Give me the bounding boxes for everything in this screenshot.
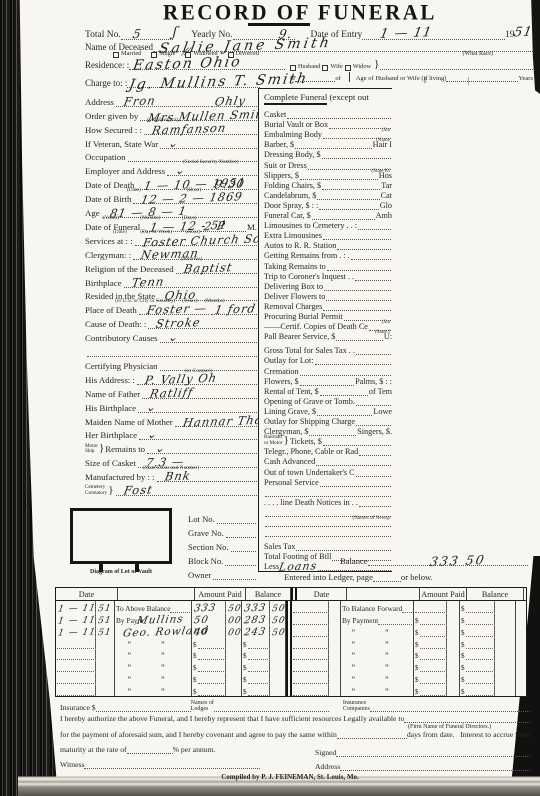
ledger-cell: 51 [95,601,115,613]
ledger-header-cell: Balance [246,588,291,600]
ledger-cell [494,613,516,625]
charges-item-tail: U: [384,332,392,341]
field-label: Employer and Address [85,166,165,176]
ledger-cell: ” ” [115,684,192,696]
ledger-cell [328,637,341,649]
charges-item: Gross Total for Sales Tax . . [264,345,392,355]
ledger-cell: 243 [242,625,270,637]
dot-leader [466,677,494,684]
residence-label: Residence: : [85,60,129,70]
dot-leader [315,357,391,365]
charges-item-label: Dressing Body, $ [264,150,321,159]
balance-label: Balance [340,556,368,566]
ledger-cell [292,637,329,649]
charges-item-label: Extra Limousines [264,231,322,240]
field-line: Stroke [148,318,257,329]
field-label: Manufactured by : : [85,472,155,482]
ledger-cell: $ [242,684,270,696]
grave-field-row: Block No. [188,552,256,566]
charges-item: (Names of Newsp [264,507,392,517]
charges-item-label: Removal Charges [264,302,322,311]
field-line: Fost [116,485,257,496]
ledger-cell [494,672,516,684]
spouse-row: HusbandWifeWidow } [290,58,533,70]
dot-leader [198,642,225,649]
column-tick-2: | [468,76,470,85]
dot-leader [355,273,391,281]
ledger-handwritten: 50 [271,604,286,615]
dot-leader [358,222,391,230]
charges-item-label: Barber, $ [264,140,294,149]
charges-item-label: Deliver Flowers to [264,292,325,301]
dollar-sign: $ [193,664,197,672]
field-stacked-label: Cemetery Crematory [85,485,107,496]
dot-leader [320,479,391,487]
ledger-cell: $ [414,660,447,672]
dot-leader [317,192,379,200]
ledger-cell: $ [242,672,270,684]
dot-leader [265,529,391,537]
dollar-sign: $ [243,676,247,684]
entered-ledger-row: Entered into Ledger, page or below. [284,572,444,582]
dot-leader [293,618,327,625]
dot-leader [293,653,327,660]
dot-leader [359,499,391,507]
charges-item-label: ——Certif. Copies of Death Ce [264,322,368,331]
brace: } [108,484,113,496]
ledger-cell: ” ” [341,660,414,672]
dot-leader [293,630,327,637]
legal-line-1: I hereby authorize the above Funeral, an… [60,714,530,723]
field-label: Place of Death [85,305,137,315]
spouse-brace: } [374,58,379,70]
charges-item: Removal Charges [264,301,392,311]
dot-leader [293,689,327,696]
ledger-handwritten: 50 [271,627,286,638]
ditto-marks: ” ” [116,663,190,672]
dot-leader [402,606,412,613]
ledger-cell [494,649,516,661]
ledger-cell: $ [414,625,447,637]
field-row: Name of FatherRatliff [85,385,257,399]
signed-label: Signed [315,748,336,757]
grave-field-row: Grave No. [188,524,256,538]
total-no-label: Total No. [85,30,121,40]
grave-field-label: Grave No. [188,528,224,538]
dot-leader [356,347,391,355]
charges-item: Outlay for Lot: [264,355,392,365]
ledger-cell [494,637,516,649]
field-row: Her Birthplace⌄ [85,427,257,441]
field-row: Age81 — 8 — 1(Years) (Months) (Days) [85,204,257,218]
dot-leader [57,642,94,649]
ledger-cell: 00 [225,613,242,625]
insurance-label: Insurance $ [60,703,96,712]
charges-item: Trip to Coroner's Inquest . . [264,271,392,281]
charges-item [264,487,392,497]
ledger-cell [225,672,242,684]
funeral-record-page: RECORD OF FUNERAL Total No. 5 ʃ Yearly N… [0,0,540,796]
ledger-cell: $ [460,613,495,625]
charges-item: Rental of Tent, $of Tem [264,386,392,396]
ledger-cell [328,672,341,684]
dollar-sign: $ [243,641,247,649]
ledger-cell [328,601,341,613]
field-row: Maiden Name of MotherHannar Thom [85,413,257,427]
ledger-cell [446,637,460,649]
charges-item-label: Embalming Body [264,130,322,139]
residence-row: Residence: : Easton Ohio [85,58,285,70]
charges-item: Lining Grave, $Lowe [264,406,392,416]
ledger-handwritten: 50 [227,604,242,615]
spouse-age-row: or of Age of Husband or Wife (if living)… [290,70,533,82]
ledger-row: ” ”$$” ”$$ [56,649,526,661]
ledger-header-cell [118,588,195,600]
ledger-header-row: DateAmount PaidBalanceDateAmount PaidBal… [56,588,526,601]
charges-item: Deliver Flowers to [264,291,392,301]
field-label: Religion of the Deceased [85,264,174,274]
ledger-cell [95,637,115,649]
charges-item-label: . . . . line Death Notices in . . [264,498,358,507]
insurance-row: Insurance $ Names of Lodges Insurance Co… [60,700,530,712]
field-value-handwritten: Fost [123,483,154,498]
field-label: Remains to [105,444,145,454]
field-label: Contributory Causes [85,333,158,343]
dot-leader [57,665,94,672]
field-label: His Address: : [85,375,135,385]
dot-leader [300,172,378,180]
dot-leader [170,606,190,613]
ledger-cell: 1 — 11 [56,613,96,625]
ledger-handwritten: 1 — 11 [57,627,97,638]
charges-item [264,517,392,527]
column-tick-1: ‖ [424,76,426,85]
charges-item: Procuring Burial Permit(Sta [264,311,392,321]
checkbox-label-wife: Wife [330,63,342,70]
ledger-row: 1 — 1151Geo. Rowland400024350” ”$$ [56,625,526,637]
field-line: Bnk [157,471,257,482]
dot-leader [323,438,391,446]
field-label: Occupation [85,152,126,162]
ditto-marks: ” ” [116,687,190,696]
field-row: Religion of the DeceasedBaptist [85,260,257,274]
dot-leader [420,642,446,649]
ledger-cell: To Balance Forward [341,601,414,613]
field-row: Date of Death1 — 10 — 19519:30(Date) (Ho… [85,176,257,190]
charge-to-row: Charge to: : Jg. Mullins T. Smith [85,76,260,88]
grave-field-line [231,541,256,552]
grave-field-line [226,527,256,538]
dot-leader [327,263,391,271]
field-line: 12 — 2 — 1869 [133,193,257,204]
charges-item: Burial Vault or Box(Sta [264,119,392,129]
ledger-cell: 00 [225,625,242,637]
dot-leader [265,489,391,497]
dot-leader [296,543,391,551]
ledger-cell [292,672,329,684]
charges-item: Funeral Car, $Amb [264,210,392,220]
field-line: P. Vally Oh [137,374,257,385]
charges-item-label: Outlay for Lot: [264,356,314,365]
dollar-sign: $ [193,676,197,684]
ledger-cell [328,649,341,661]
charges-item: Folding Chairs, $Tar [264,180,392,190]
charges-item-tail: Hos [379,171,392,180]
charges-item-label: Limousines to Cemetery . . : [264,221,357,230]
legal-text-3: maturity at the rate of [60,745,127,754]
brace: } [284,434,289,446]
ledger-handwritten: 1 — 11 [57,603,97,614]
ledger-cell: 1 — 11 [56,601,96,613]
age-of-spouse-label: Age of Husband or Wife (if living) [356,75,447,82]
field-sublabel: (Years) (Months) (Days) [103,215,196,221]
charges-item-label: Opening of Grave or Tomb. [264,397,355,406]
ledger-cell: $ [192,649,226,661]
charges-item: Opening of Grave or Tomb. [264,396,392,406]
ledger-cell [225,684,242,696]
ledger-cell: $ [192,660,226,672]
ledger-cell: $ [460,684,495,696]
dot-leader [265,519,391,527]
ledger-handwritten: 243 [243,626,267,638]
ledger-row: ” ”$$” ”$$ [56,684,526,696]
dot-leader [248,642,269,649]
ledger-header-cell: Amount Paid [420,588,467,600]
charges-item-label: Delivering Box to [264,282,323,291]
charges-item-label: Gross Total for Sales Tax . . [264,346,355,355]
ledger-printed-text: To Balance Forward [342,604,402,613]
dot-leader [466,606,494,613]
ledger-handwritten: 51 [97,615,112,626]
ditto-marks: ” ” [342,687,412,696]
field-sublabel: (or U.S. or City or Country) (Years) (Mo… [115,298,225,304]
race-note: (What Race) [463,51,493,57]
balance-value: 333 50 [428,552,486,569]
ledger-cell: $ [414,672,447,684]
charges-item [264,527,392,537]
charges-item: Cash Advanced [264,456,392,466]
charges-item: Flowers, $Palms, $ : : [264,376,392,386]
charges-item-label: Procuring Burial Permit [264,312,343,321]
field-row: Cemetery Crematory}Fost [85,482,257,496]
ledger-cell: $ [414,649,447,661]
ledger-cell: ” ” [115,660,192,672]
ledger-row: 1 — 1151By PaymMullins500028350By Paymen… [56,613,526,625]
ledger-cell: $ [242,649,270,661]
ledger-handwritten: 40 [193,626,210,638]
dot-leader [322,151,391,159]
ledger-cell: $ [192,637,226,649]
charges-item: Embalming Body(Name [264,129,392,139]
ledger-cell [328,660,341,672]
ledger-cell: $ [460,672,495,684]
ditto-marks: ” ” [342,675,412,684]
ledger-header-cell: Balance [467,588,524,600]
dot-leader [248,653,269,660]
ledger-cell: ” ” [341,649,414,661]
ledger-cell: To Above Balance [115,601,192,613]
ledger-cell: 283 [242,613,270,625]
ledger-cell: ” ” [115,672,192,684]
dot-leader [198,689,225,696]
field-row: Resided in the StateOhio(or U.S. or City… [85,288,257,302]
dot-leader [300,378,355,386]
charges-item-label: Casket [264,110,286,119]
ledger-cell [494,601,516,613]
ledger-cell [494,684,516,696]
legal-text-1: I hereby authorize the above Funeral, an… [60,714,404,723]
ledger-cell [494,625,516,637]
dot-leader [198,653,225,660]
dollar-sign: $ [461,605,465,613]
dot-leader [309,428,356,436]
charges-item-label: Door Spray, $ : : [264,201,318,210]
ledger-cell: $ [414,637,447,649]
dot-leader [295,141,372,149]
dot-leader [248,677,269,684]
ledger-cell [328,625,341,637]
dot-leader [466,630,494,637]
charges-item: Cremation [264,366,392,376]
ledger-cell [95,660,115,672]
charges-item-label: Getting Remains from . : . [264,251,350,260]
field-row: Size of Casket7.3 —(State Color and Numb… [85,454,257,468]
ledger-cell: ” ” [341,672,414,684]
charges-item: Suit or Dress(State Ki [264,160,392,170]
grave-field-label: Lot No. [188,514,215,524]
ledger-header-cell: Amount Paid [195,588,246,600]
ledger-cell [292,649,329,661]
field-line: Ohly [211,96,257,107]
charges-item-label: Personal Service [264,478,319,487]
field-label: Maiden Name of Mother [85,417,173,427]
ledger-cell: 50 [225,601,242,613]
address-label: Address [315,762,340,771]
field-line: Ratliff [142,388,257,399]
charges-item: Telegr., Phone, Cable or Rad [264,446,392,456]
field-label: Clergyman: : [85,250,131,260]
entered-label-2: or below. [401,572,433,582]
balance-row: Balance 333 50 [340,556,528,566]
field-line: Tenn [124,277,257,288]
ledger-cell: ” ” [341,684,414,696]
ledger-cell [269,672,286,684]
entered-label-1: Entered into Ledger, page [284,572,373,582]
field-line: Hannar Thom [175,416,257,427]
checkbox-label-widow: Widow [353,63,371,70]
dollar-sign: $ [193,652,197,660]
ledger-cell: $ [460,625,495,637]
dollar-sign: $ [415,641,419,649]
charges-item-tail: Amb [376,211,392,220]
field-row: Motor Ship}Remains to⌄ [85,441,257,455]
charges-item-label: Less [264,562,279,571]
charges-item-label: Rental of Tent, $ [264,387,319,396]
charges-item: Pall Bearer Service, $U: [264,331,392,341]
ledger-cell [95,684,115,696]
witness-label: Witness [60,760,84,769]
field-line: Foster Church School [135,235,257,246]
insurance-companies-label: Insurance Companies [343,700,370,712]
ditto-marks: ” ” [116,640,190,649]
ledger-cell [292,684,329,696]
ledger-cell: $ [460,649,495,661]
field-row: His Address: :P. Vally Oh [85,371,257,385]
dollar-sign: $ [243,664,247,672]
charges-item: Outlay for Shipping Charge [264,416,392,426]
ledger-header-cell [347,588,420,600]
charges-item-label: Burial Vault or Box [264,120,328,129]
dollar-sign: $ [415,617,419,625]
dollar-sign: $ [461,676,465,684]
ledger-cell [225,637,242,649]
charge-to-label: Charge to: : [85,78,127,88]
ledger-printed-text: To Above Balance [116,604,170,613]
field-sublabel: (Date) (Hour) [127,187,201,193]
ledger-cell: Geo. Rowland [115,625,192,637]
charges-item-label: Slippers, $ [264,171,299,180]
ditto-marks: ” ” [342,663,412,672]
charges-item: Casket [264,109,392,119]
ledger-cell [225,649,242,661]
field-label: Birthplace [85,278,122,288]
field-sublabel: (Social Security Number) [183,159,238,165]
dollar-sign: $ [415,664,419,672]
charges-item-tail: Glo [380,201,392,210]
dot-leader [351,252,391,260]
field-line [87,346,257,357]
ledger-cell: $ [192,672,226,684]
ledger-cell [446,613,460,625]
dot-leader [420,630,446,637]
ledger-cell [292,613,329,625]
charges-item-label: Lining Grave, $ [264,407,316,416]
dot-leader [248,665,269,672]
field-line: Foster — [139,304,209,315]
grave-field-line [217,513,256,524]
charges-item: Taking Remains to [264,261,392,271]
dollar-sign: $ [415,652,419,660]
dollar-sign: $ [461,617,465,625]
ledger-cell [269,660,286,672]
charges-item-label: Telegr., Phone, Cable or Rad [264,447,358,456]
grave-field-row: Owner [188,566,256,580]
grave-field-label: Owner [188,570,211,580]
dot-leader [420,677,446,684]
dot-leader [337,242,391,250]
field-row: BirthplaceTenn [85,274,257,288]
field-row: Contributory Causes⌄ [85,329,257,343]
dot-leader [420,653,446,660]
ledger-cell: $ [192,684,226,696]
field-printed-suffix: M. [247,222,257,232]
ledger-cell [56,660,96,672]
charges-item-label: Sales Tax [264,542,295,551]
charges-stacked-label: Railroad or Motor [264,435,283,446]
charges-item-label: Pall Bearer Service, $ [264,332,335,341]
book-binding-shadow [0,0,58,796]
charges-item-label: Suit or Dress [264,161,307,170]
field-row [85,343,257,357]
ledger-cell: 40 [192,625,226,637]
field-line: Baptist [176,263,257,274]
ledger-cell: $ [414,613,447,625]
ledger-cell [95,672,115,684]
dollar-sign: $ [461,641,465,649]
field-label: Name of Father [85,389,140,399]
field-stacked-label: Motor Ship [85,444,98,455]
ledger-cell: $ [242,637,270,649]
